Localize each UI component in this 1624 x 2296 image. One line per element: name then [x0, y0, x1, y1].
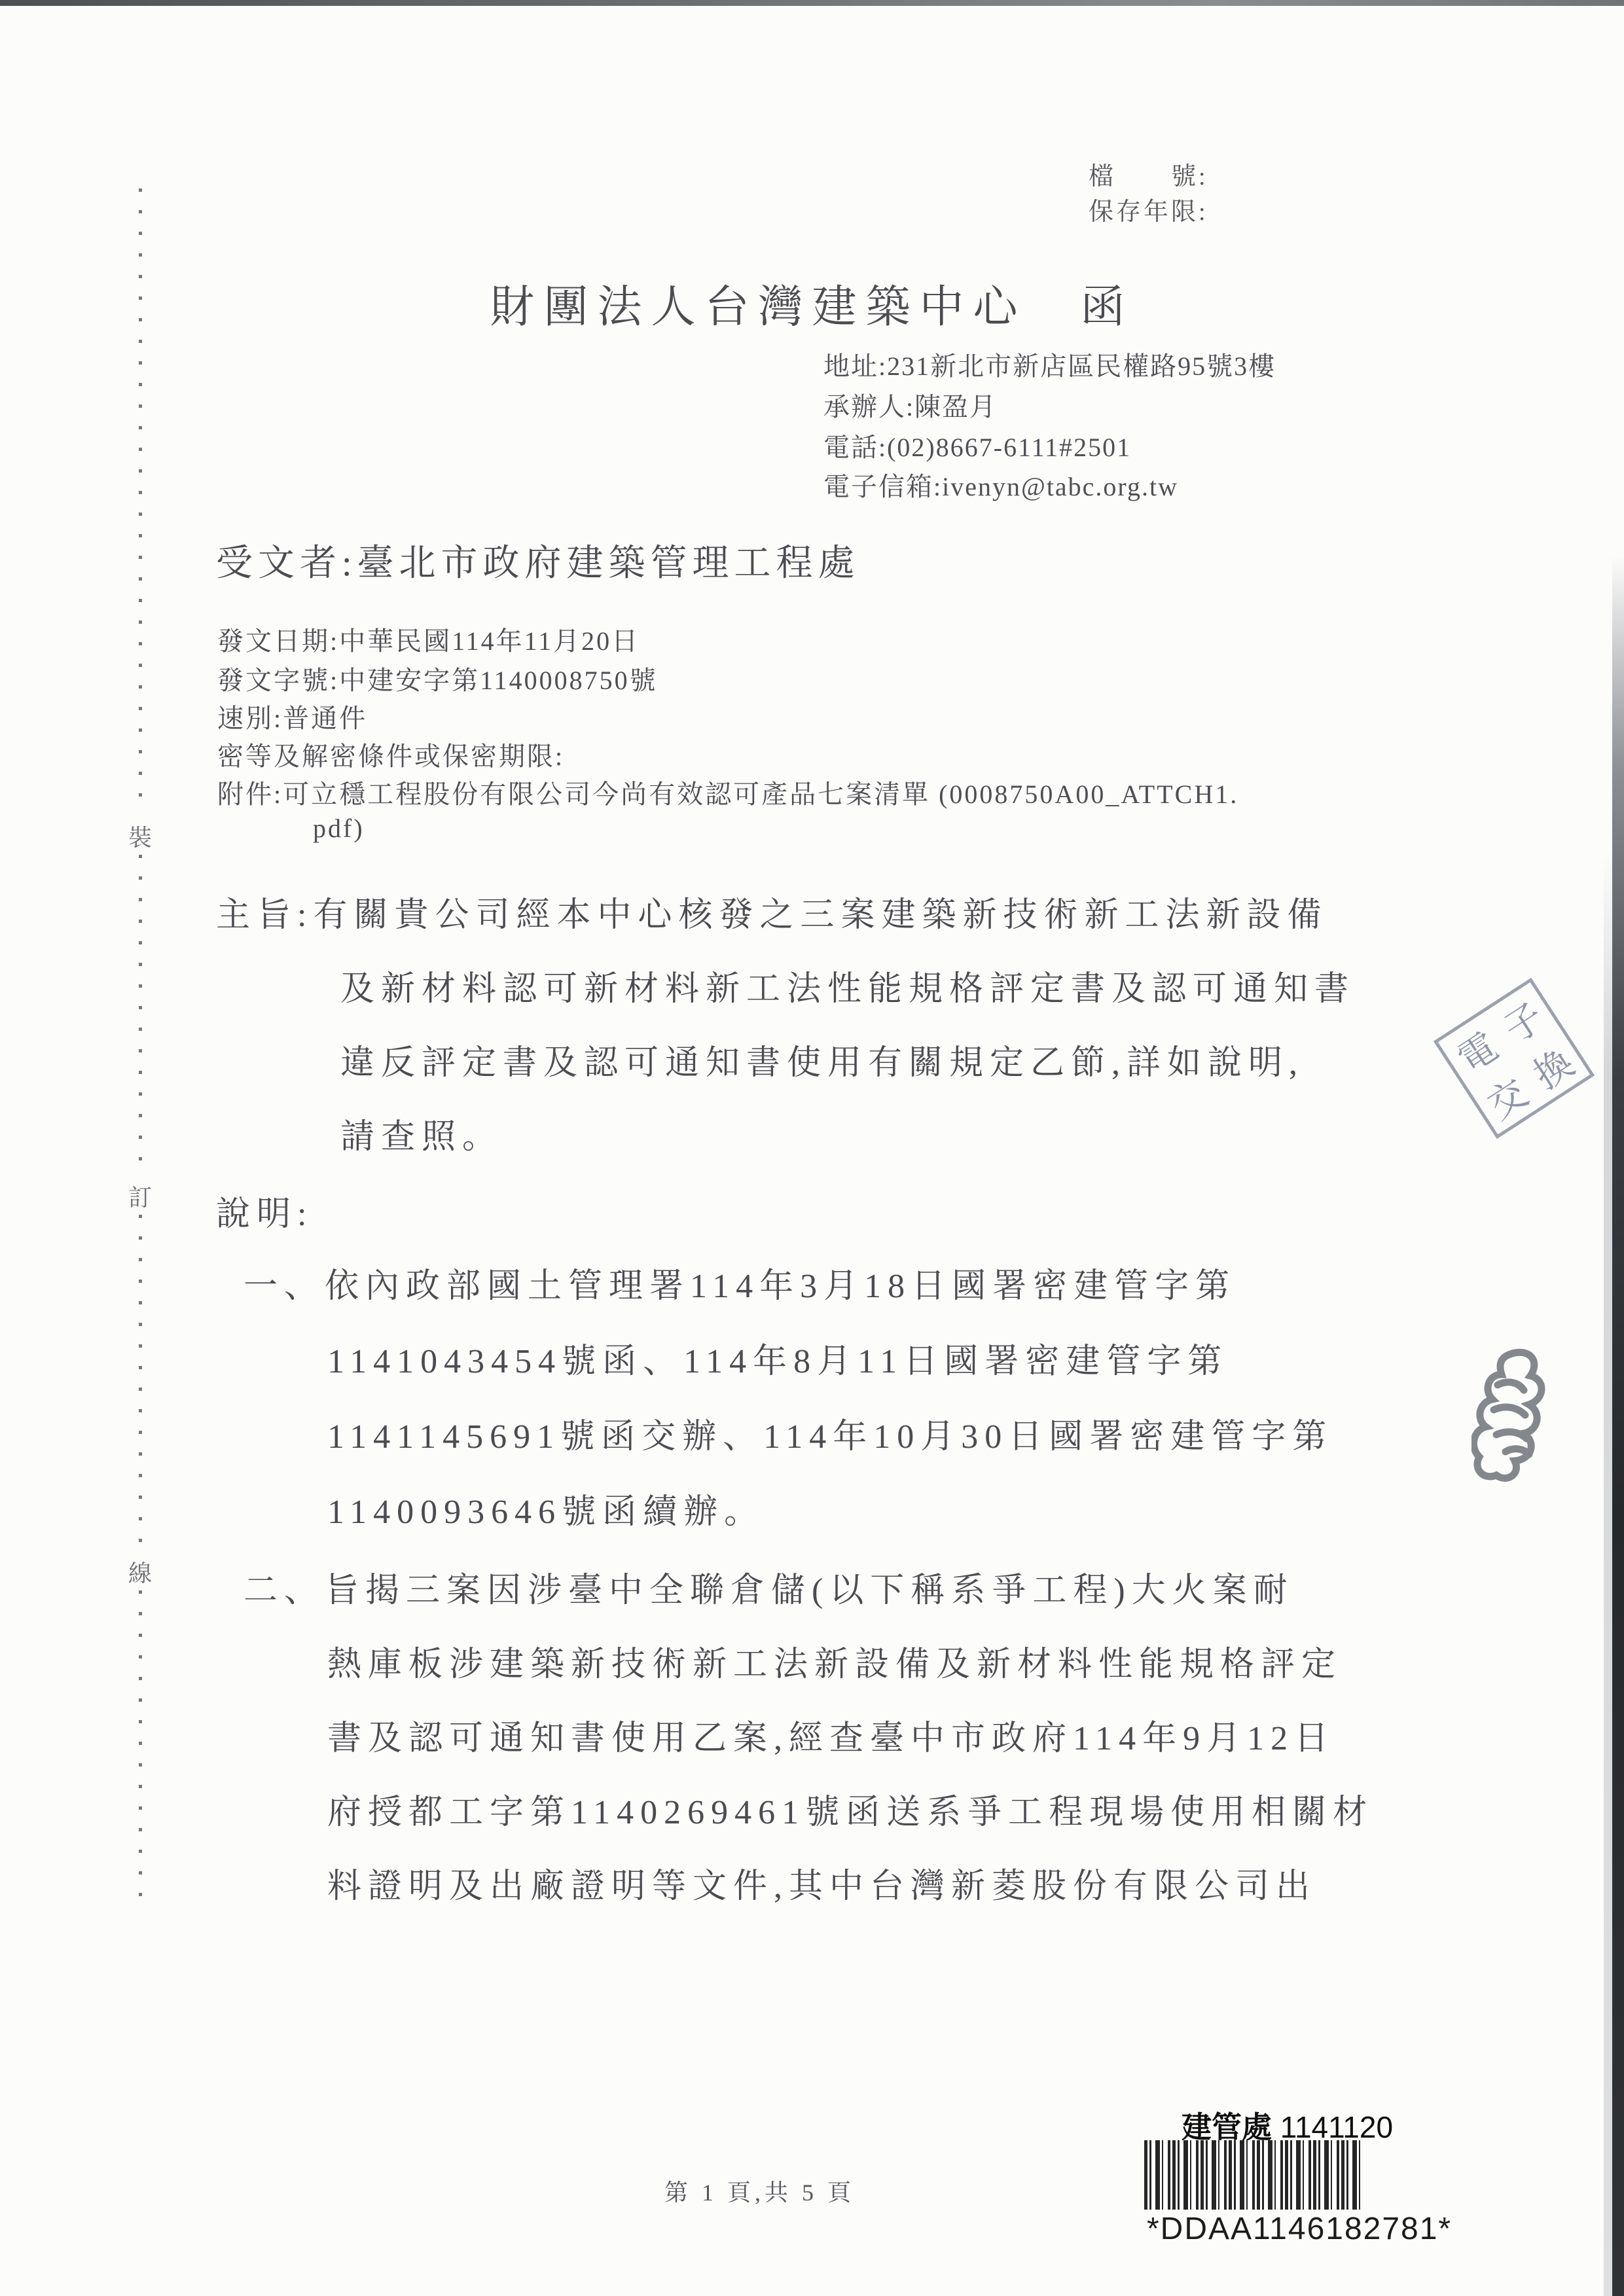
subject-line: 請查照。 — [340, 1109, 503, 1158]
meta-doc-number: 發文字號:中建安字第1140008750號 — [217, 660, 658, 697]
subject-line: 主旨:有關貴公司經本中心核發之三案建築新技術新工法新設備 — [216, 887, 1327, 936]
sender-address: 地址:231新北市新店區民權路95號3樓 — [823, 346, 1276, 383]
crumple-mark — [1471, 1347, 1554, 1487]
retention-label: 保存年限: — [1089, 191, 1208, 227]
description-item-line: 書及認可通知書使用乙案,經查臺中市政府114年9月12日 — [327, 1710, 1335, 1759]
scanned-official-letter-page: 檔 號: 保存年限: 財團法人台灣建築中心 函 地址:231新北市新店區民權路9… — [0, 0, 1624, 2296]
meta-attachment-line1: 附件:可立穩工程股份有限公司今尚有效認可產品七案清單 (0008750A00_A… — [217, 774, 1238, 811]
binding-mark-xian: 線 — [128, 1551, 152, 1592]
scan-edge-top — [0, 0, 1624, 6]
description-item-line: 1141043454號函、114年8月11日國署密建管字第 — [327, 1333, 1228, 1382]
barcode — [1144, 2140, 1362, 2210]
binding-mark-zhuang: 裝 — [128, 816, 152, 857]
description-item-line: 府授都工字第1140269461號函送系爭工程現場使用相關材 — [327, 1784, 1373, 1833]
scan-edge-right-shadow — [1612, 556, 1624, 2296]
scan-edge-right-highlight — [1604, 851, 1612, 2296]
description-item-line: 熱庫板涉建築新技術新工法新設備及新材料性能規格評定 — [327, 1636, 1342, 1685]
description-item-line: 二、旨揭三案因涉臺中全聯倉儲(以下稱系爭工程)大火案耐 — [244, 1562, 1294, 1611]
description-item-line: 1141145691號函交辦、114年10月30日國署密建管字第 — [327, 1408, 1333, 1458]
description-label: 說明: — [216, 1186, 313, 1235]
dept-code: 1141120 — [1280, 2110, 1393, 2144]
electronic-exchange-stamp: 電 子 交 換 — [1434, 978, 1595, 1139]
file-number-label: 檔 號: — [1089, 156, 1208, 192]
recipient-line: 受文者:臺北市政府建築管理工程處 — [216, 534, 860, 586]
meta-attachment-line2: pdf) — [313, 813, 365, 844]
description-item-line: 1140093646號函續辦。 — [327, 1484, 765, 1533]
dept-name: 建管處 — [1182, 2110, 1272, 2144]
meta-speed: 速別:普通件 — [217, 698, 367, 735]
page-footer: 第 1 頁,共 5 頁 — [664, 2174, 855, 2208]
binding-mark-ding: 訂 — [128, 1175, 152, 1217]
description-item-line: 一、依內政部國土管理署114年3月18日國署密建管字第 — [244, 1258, 1236, 1307]
binding-dotted-line — [139, 855, 142, 1172]
meta-security: 密等及解密條件或保密期限: — [217, 736, 564, 773]
barcode-label: *DDAA1146182781* — [1147, 2211, 1452, 2247]
subject-line: 違反評定書及認可通知書使用有關規定乙節,詳如說明, — [340, 1035, 1304, 1084]
page-title: 財團法人台灣建築中心 函 — [0, 272, 1624, 335]
meta-date: 發文日期:中華民國114年11月20日 — [217, 620, 640, 658]
binding-dotted-line — [139, 1590, 142, 1897]
subject-line: 及新材料認可新材料新工法性能規格評定書及認可通知書 — [340, 961, 1355, 1010]
sender-phone: 電話:(02)8667-6111#2501 — [823, 427, 1131, 464]
binding-dotted-line — [139, 1215, 142, 1547]
binding-dotted-line — [139, 188, 142, 810]
sender-contact: 承辦人:陳盈月 — [823, 386, 997, 423]
sender-email: 電子信箱:ivenyn@tabc.org.tw — [823, 466, 1178, 503]
description-item-line: 料證明及出廠證明等文件,其中台灣新菱股份有限公司出 — [327, 1858, 1316, 1907]
